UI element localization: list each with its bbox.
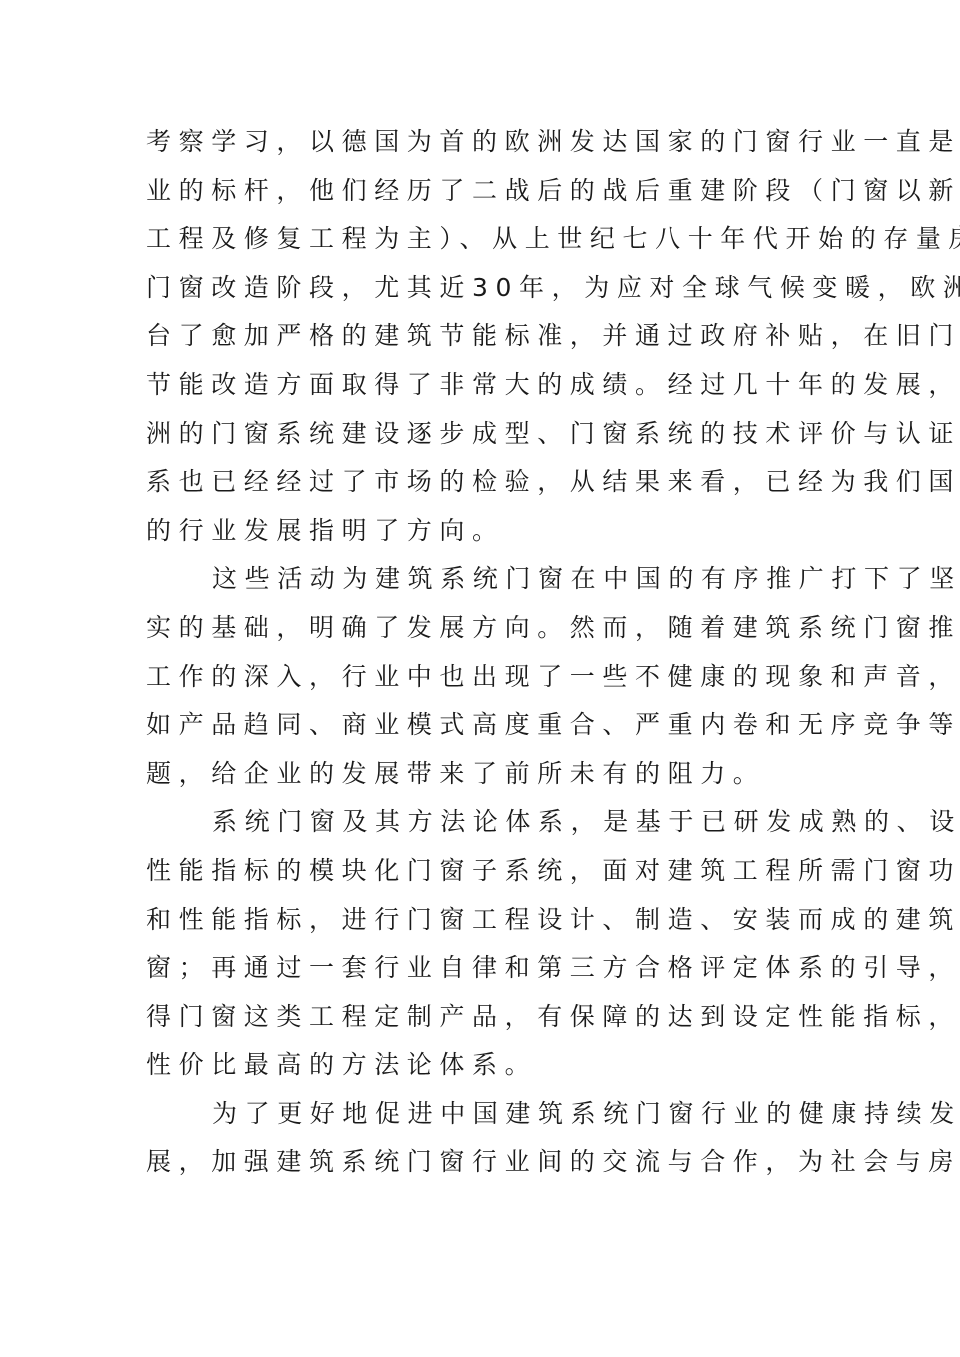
text-line: 如产品趋同、商业模式高度重合、严重内卷和无序竞争等问 — [146, 701, 826, 750]
text-line: 性能指标的模块化门窗子系统，面对建筑工程所需门窗功能 — [146, 847, 826, 896]
text-line: 业的标杆，他们经历了二战后的战后重建阶段（门窗以新建 — [146, 167, 826, 216]
text-line: 性价比最高的方法论体系。 — [146, 1041, 826, 1090]
text-line: 节能改造方面取得了非常大的成绩。经过几十年的发展，欧 — [146, 361, 826, 410]
text-line: 工程及修复工程为主）、从上世纪七八十年代开始的存量房 — [146, 215, 826, 264]
text-line: 展，加强建筑系统门窗行业间的交流与合作，为社会与房地 — [146, 1138, 826, 1187]
text-line: 门窗改造阶段，尤其近30年，为应对全球气候变暖，欧洲出 — [146, 264, 826, 313]
text-line: 的行业发展指明了方向。 — [146, 507, 826, 556]
body-text: 考察学习，以德国为首的欧洲发达国家的门窗行业一直是行 业的标杆，他们经历了二战后… — [146, 118, 826, 1187]
paragraph-1: 考察学习，以德国为首的欧洲发达国家的门窗行业一直是行 业的标杆，他们经历了二战后… — [146, 118, 826, 555]
paragraph-3: 系统门窗及其方法论体系，是基于已研发成熟的、设定 性能指标的模块化门窗子系统，面… — [146, 798, 826, 1090]
text-line: 系也已经经过了市场的检验，从结果来看，已经为我们国家 — [146, 458, 826, 507]
text-line: 题，给企业的发展带来了前所未有的阻力。 — [146, 750, 826, 799]
text-line: 台了愈加严格的建筑节能标准，并通过政府补贴，在旧门窗 — [146, 312, 826, 361]
text-line-first: 为了更好地促进中国建筑系统门窗行业的健康持续发 — [146, 1090, 826, 1139]
text-line: 实的基础，明确了发展方向。然而，随着建筑系统门窗推进 — [146, 604, 826, 653]
text-line: 窗；再通过一套行业自律和第三方合格评定体系的引导，使 — [146, 944, 826, 993]
text-line: 考察学习，以德国为首的欧洲发达国家的门窗行业一直是行 — [146, 118, 826, 167]
paragraph-4: 为了更好地促进中国建筑系统门窗行业的健康持续发 展，加强建筑系统门窗行业间的交流… — [146, 1090, 826, 1187]
text-line-first: 系统门窗及其方法论体系，是基于已研发成熟的、设定 — [146, 798, 826, 847]
text-line-first: 这些活动为建筑系统门窗在中国的有序推广打下了坚 — [146, 555, 826, 604]
text-line: 工作的深入，行业中也出现了一些不健康的现象和声音，比 — [146, 653, 826, 702]
document-page: 考察学习，以德国为首的欧洲发达国家的门窗行业一直是行 业的标杆，他们经历了二战后… — [0, 0, 960, 1357]
text-line: 和性能指标，进行门窗工程设计、制造、安装而成的建筑门 — [146, 896, 826, 945]
text-line: 洲的门窗系统建设逐步成型、门窗系统的技术评价与认证体 — [146, 410, 826, 459]
paragraph-2: 这些活动为建筑系统门窗在中国的有序推广打下了坚 实的基础，明确了发展方向。然而，… — [146, 555, 826, 798]
text-line: 得门窗这类工程定制产品，有保障的达到设定性能指标，且 — [146, 993, 826, 1042]
